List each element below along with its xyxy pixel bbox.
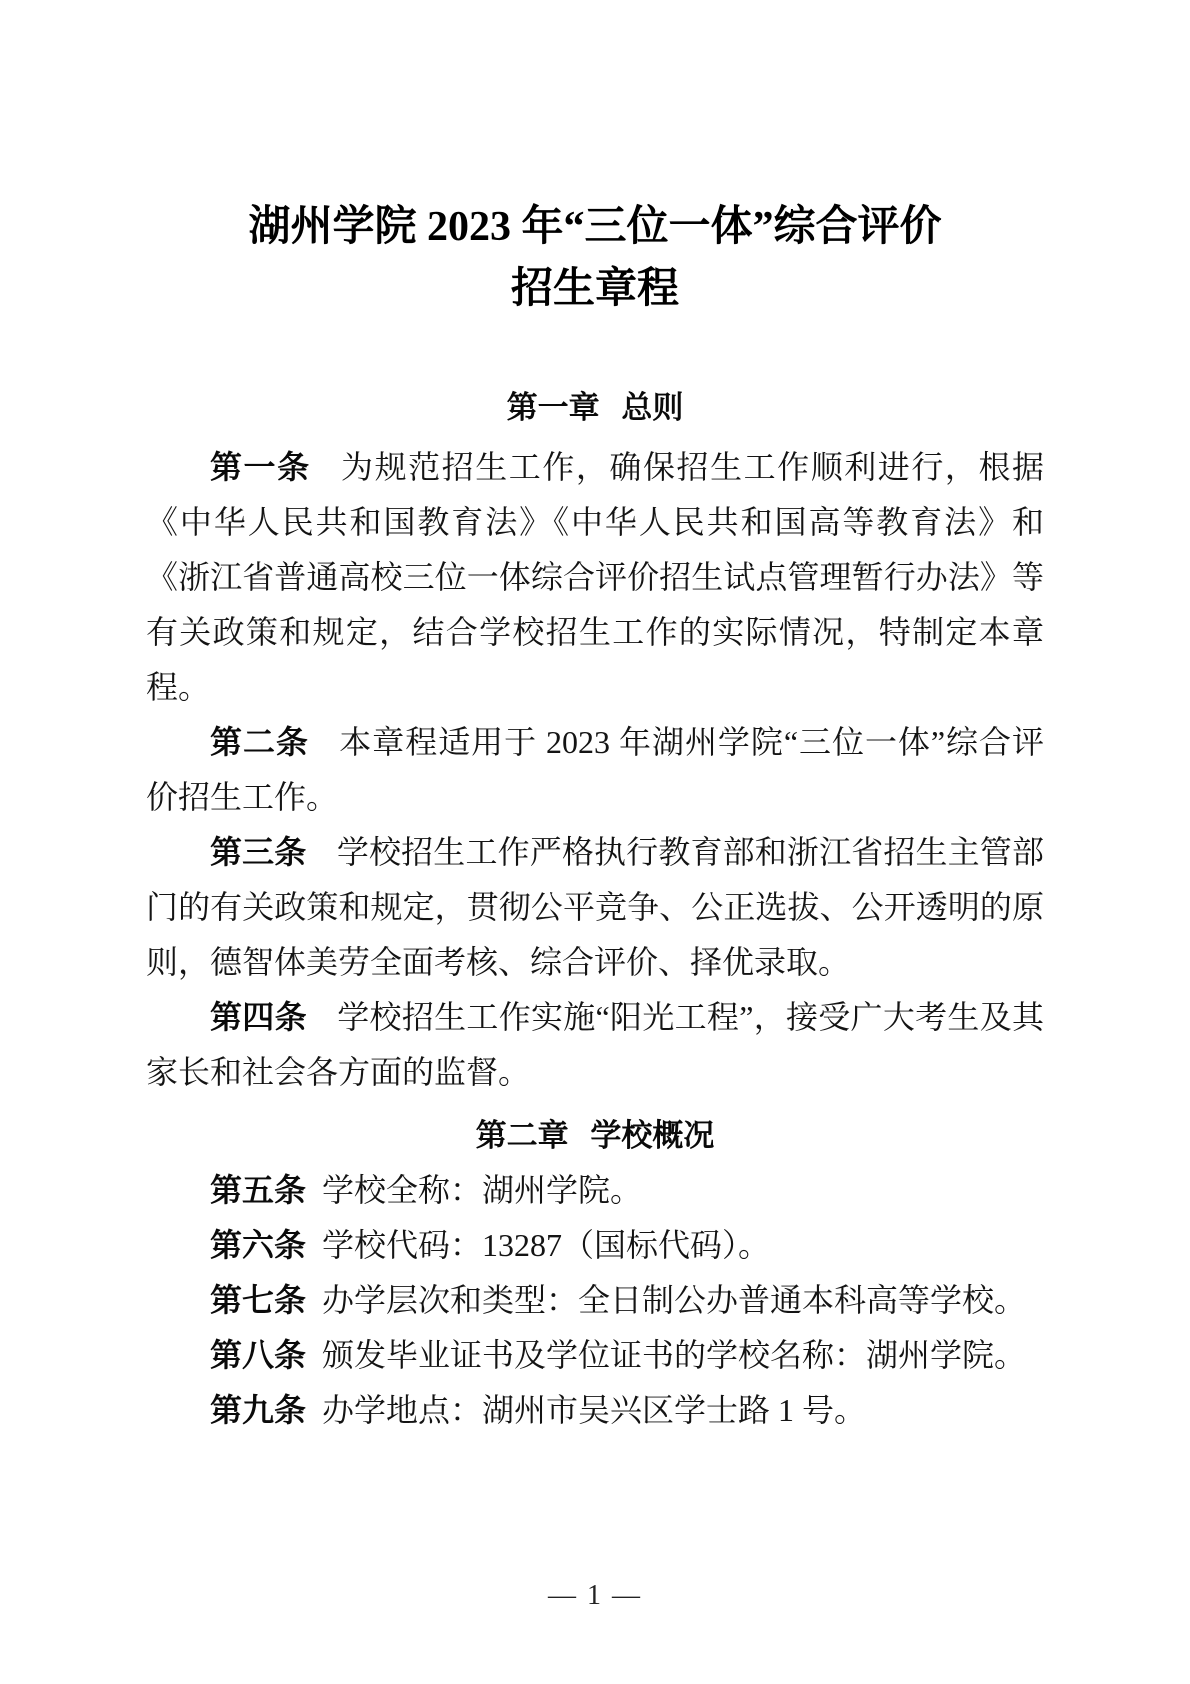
article-2-label: 第二条	[210, 724, 309, 760]
article-5-text: 学校全称：湖州学院。	[322, 1172, 642, 1208]
article-8-text: 颁发毕业证书及学位证书的学校名称：湖州学院。	[322, 1337, 1026, 1373]
article-8: 第八条颁发毕业证书及学位证书的学校名称：湖州学院。	[146, 1328, 1044, 1383]
chapter-1-title: 总则	[621, 390, 683, 425]
article-4-label: 第四条	[210, 999, 307, 1035]
article-6-label: 第六条	[210, 1227, 306, 1263]
document-title-line2: 招生章程	[146, 258, 1044, 320]
article-5: 第五条学校全称：湖州学院。	[146, 1163, 1044, 1218]
article-3: 第三条学校招生工作严格执行教育部和浙江省招生主管部门的有关政策和规定，贯彻公平竞…	[146, 825, 1044, 990]
article-7: 第七条办学层次和类型：全日制公办普通本科高等学校。	[146, 1273, 1044, 1328]
article-1-label: 第一条	[210, 449, 311, 485]
article-9: 第九条办学地点：湖州市吴兴区学士路 1 号。	[146, 1383, 1044, 1438]
article-9-text: 办学地点：湖州市吴兴区学士路 1 号。	[322, 1392, 866, 1428]
document-page: 湖州学院 2023 年“三位一体”综合评价 招生章程 第一章总则 第一条为规范招…	[0, 0, 1190, 1684]
article-8-label: 第八条	[210, 1337, 306, 1373]
chapter-2-title: 学校概况	[590, 1118, 714, 1153]
chapter-2-label: 第二章	[476, 1118, 569, 1153]
article-7-text: 办学层次和类型：全日制公办普通本科高等学校。	[322, 1282, 1026, 1318]
chapter-heading-1: 第一章总则	[146, 380, 1044, 435]
article-7-label: 第七条	[210, 1282, 306, 1318]
article-1: 第一条为规范招生工作，确保招生工作顺利进行，根据《中华人民共和国教育法》《中华人…	[146, 440, 1044, 715]
article-9-label: 第九条	[210, 1392, 306, 1428]
chapter-1-label: 第一章	[507, 390, 600, 425]
article-6: 第六条学校代码：13287（国标代码）。	[146, 1218, 1044, 1273]
page-number: — 1 —	[146, 1576, 1044, 1616]
article-3-label: 第三条	[210, 834, 306, 870]
article-6-text: 学校代码：13287（国标代码）。	[322, 1227, 770, 1263]
chapter-heading-2: 第二章学校概况	[146, 1108, 1044, 1163]
document-title-line1: 湖州学院 2023 年“三位一体”综合评价	[146, 196, 1044, 258]
document-title: 湖州学院 2023 年“三位一体”综合评价 招生章程	[146, 196, 1044, 320]
article-2: 第二条本章程适用于 2023 年湖州学院“三位一体”综合评价招生工作。	[146, 715, 1044, 825]
article-1-text: 为规范招生工作，确保招生工作顺利进行，根据《中华人民共和国教育法》《中华人民共和…	[146, 449, 1044, 705]
article-4: 第四条学校招生工作实施“阳光工程”，接受广大考生及其家长和社会各方面的监督。	[146, 990, 1044, 1100]
article-5-label: 第五条	[210, 1172, 306, 1208]
